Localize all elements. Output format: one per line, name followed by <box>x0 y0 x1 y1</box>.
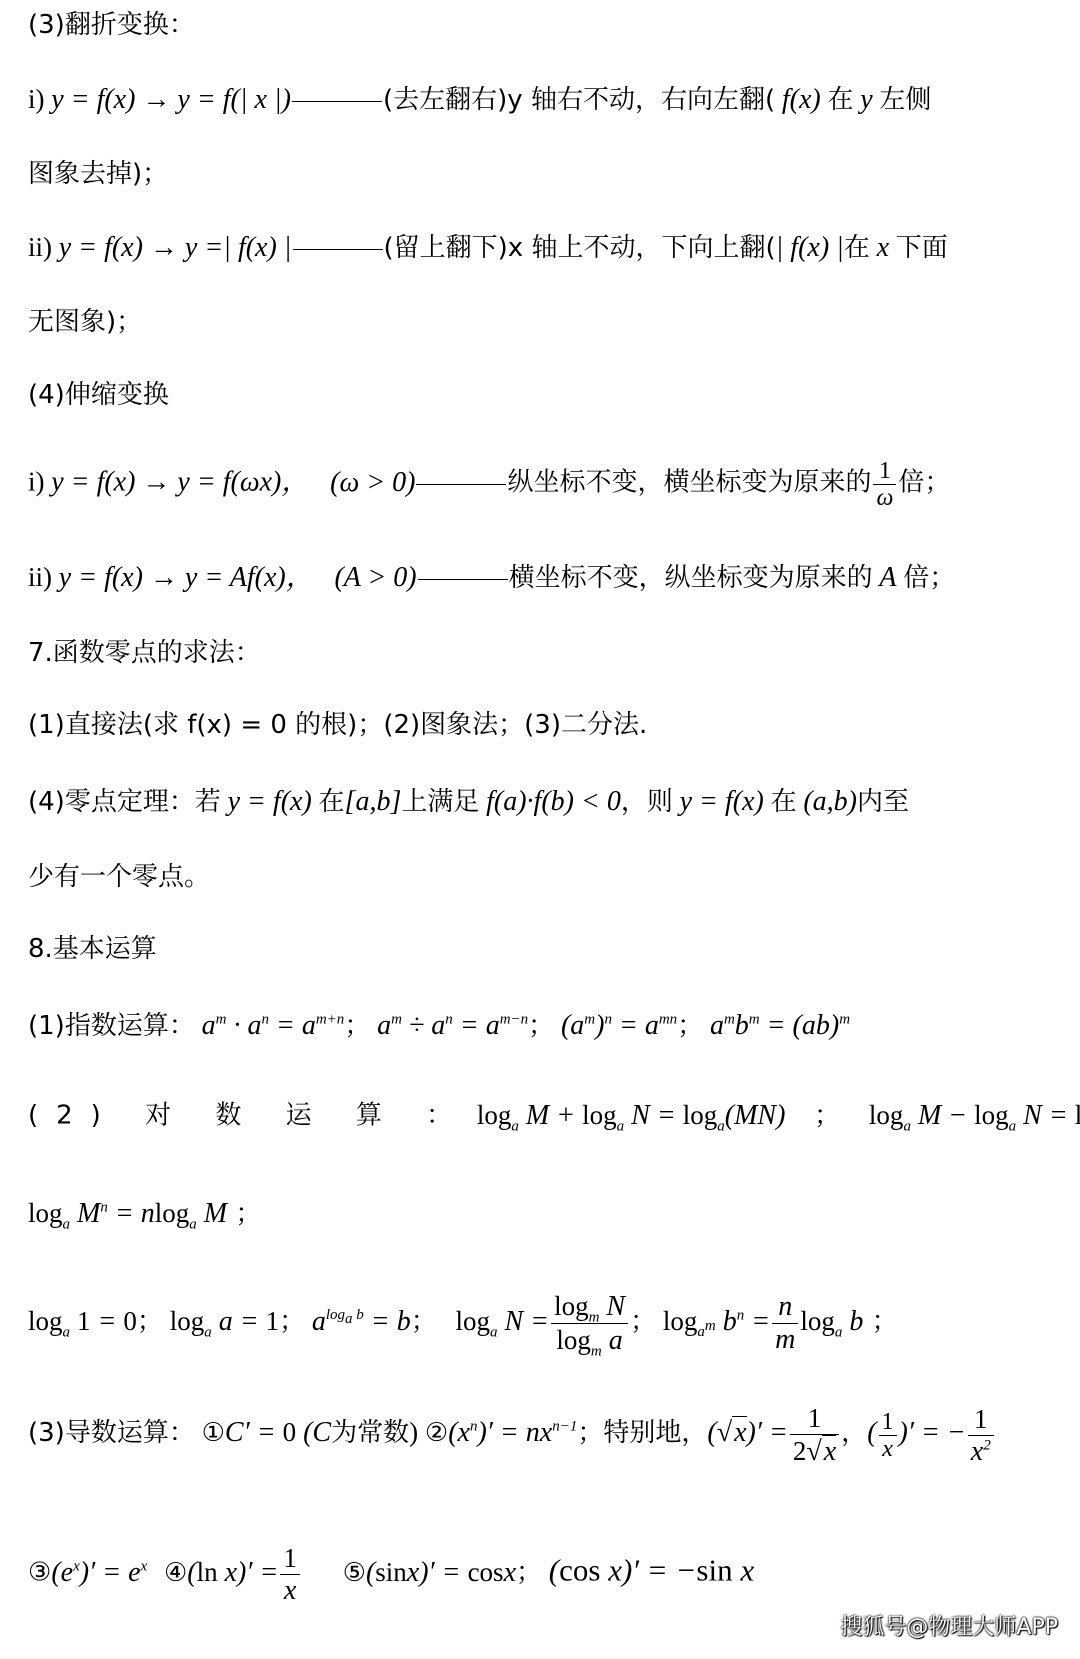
exp-label: (1)指数运算： <box>28 1011 195 1041</box>
log-rule-6: aloga b = b <box>312 1306 411 1337</box>
desc: 内至 <box>857 787 909 817</box>
numerator: 1 <box>876 458 894 484</box>
fraction-1-over-2sqrtx: 12√x <box>790 1402 839 1468</box>
log-rules-row-1: (2) 对 数 运 算 ： loga M + loga N = loga(MN)… <box>28 1085 1080 1150</box>
var: x <box>877 232 889 263</box>
fraction-n-over-m: nm <box>772 1291 798 1356</box>
deriv-rule-6: (cos x)′ = −sin x <box>549 1553 754 1588</box>
dash-rule <box>293 249 383 250</box>
denominator: ω <box>873 485 896 511</box>
desc: 为常数 <box>331 1418 409 1448</box>
deriv-rules-row-1: (3)导数运算： ①C′ = 0 (C为常数) ②(xn)′ = nxn−1；特… <box>28 1402 996 1468</box>
deriv-label: (3)导数运算： <box>28 1418 195 1448</box>
log-rule-1: loga M + loga N = loga(MN) <box>477 1100 786 1131</box>
fold-item-1: i) y = f(x) → y = f(| x |)(去左翻右)y 轴右不动，右… <box>28 82 931 117</box>
fraction-1-over-omega: 1ω <box>873 458 896 511</box>
formula: f(a)·f(b) < 0 <box>486 786 621 817</box>
scale-item-2: ii) y = f(x) → y = Af(x)， (A > 0)横坐标不变，纵… <box>28 560 955 595</box>
exp-rule-3: (am)n = amn <box>561 1010 677 1041</box>
desc: 在 <box>319 787 345 817</box>
fx: f(x) <box>782 84 821 115</box>
desc: 横坐标不变，纵坐标变为原来的 <box>509 563 873 593</box>
deriv-reciprocal: ( <box>867 1417 876 1448</box>
item-label: ii) <box>28 232 52 262</box>
circled-5: ⑤ <box>343 1558 366 1588</box>
deriv-rule-5: (sinx)′ = cosx <box>366 1557 516 1588</box>
var: y <box>860 84 872 115</box>
zero-theorem-cont: 少有一个零点。 <box>28 860 210 894</box>
item-label: i) <box>28 467 45 497</box>
log-rule-5: loga a = 1 <box>170 1306 279 1337</box>
var: A <box>879 562 896 593</box>
zero-methods: (1)直接法(求 f(x) = 0 的根)；(2)图象法；(3)二分法. <box>28 708 647 742</box>
desc: 在 <box>771 787 797 817</box>
formula: y = f(x) → y =| f(x) | <box>59 232 292 263</box>
dash-rule <box>416 484 506 485</box>
formula: y = f(x) <box>680 786 764 817</box>
ops-heading: 8.基本运算 <box>28 932 157 966</box>
scale-item-1: i) y = f(x) → y = f(ωx)， (ω > 0)纵坐标不变，横坐… <box>28 458 950 511</box>
watermark: 搜狐号@物理大师APP <box>840 1610 1058 1641</box>
fold-item-2: ii) y = f(x) → y =| f(x) |(留上翻下)x 轴上不动，下… <box>28 230 948 265</box>
circled-3: ③ <box>28 1558 51 1588</box>
formula: y = f(x) → y = f(ωx)， <box>51 467 309 498</box>
dash-rule <box>292 101 382 102</box>
formula: y = f(x) <box>228 786 312 817</box>
desc: 在 <box>827 85 853 115</box>
interval: (a,b) <box>803 786 857 817</box>
circled-1: ① <box>202 1418 225 1448</box>
formula: y = f(x) → y = f(| x |) <box>51 84 291 115</box>
deriv-rule-3: (ex)′ = ex <box>51 1557 147 1588</box>
exp-rule-4: ambm = (ab)m <box>710 1010 850 1041</box>
desc: 在 <box>844 233 870 263</box>
desc: 倍； <box>903 563 955 593</box>
log-rule-3: loga Mn = nloga M <box>28 1198 227 1229</box>
fraction-1-over-x-ln: 1x <box>280 1542 300 1607</box>
desc: 倍； <box>898 468 950 498</box>
log-rules-row-2: loga Mn = nloga M ； <box>28 1196 261 1231</box>
fraction-1-over-x2: 1x2 <box>968 1403 994 1468</box>
desc: 上满足 <box>401 787 479 817</box>
item-label: ii) <box>28 562 52 592</box>
exp-rule-1: am · an = am+n <box>202 1010 345 1041</box>
desc: (4)零点定理：若 <box>28 787 221 817</box>
condition: (ω > 0) <box>330 467 415 498</box>
log-rule-7: loga N = <box>455 1306 549 1337</box>
log-rules-row-3: loga 1 = 0； loga a = 1； aloga b = b； log… <box>28 1290 898 1357</box>
log-rule-4: loga 1 = 0 <box>28 1306 137 1337</box>
desc: 纵坐标不变，横坐标变为原来的 <box>507 468 871 498</box>
interval: [a,b] <box>345 786 402 817</box>
desc: (留上翻下)x 轴上不动，下向上翻( <box>384 233 776 263</box>
circled-2: ② <box>425 1418 448 1448</box>
deriv-rule-1: C′ = 0 (C <box>225 1417 331 1448</box>
exp-rules: (1)指数运算： am · an = am+n； am ÷ an = am−n；… <box>28 1008 850 1043</box>
fold-item-1-cont: 图象去掉)； <box>28 157 168 191</box>
deriv-sqrt: (√x)′ = <box>707 1416 787 1448</box>
zero-heading: 7.函数零点的求法： <box>28 636 261 670</box>
fold-item-2-cont: 无图象)； <box>28 305 142 339</box>
fraction-1-over-x: 1x <box>879 1409 897 1462</box>
fx: | f(x) | <box>776 232 844 263</box>
desc: 左侧 <box>879 85 931 115</box>
exp-rule-2: am ÷ an = am−n <box>377 1010 528 1041</box>
condition: (A > 0) <box>334 562 416 593</box>
item-label: i) <box>28 84 45 114</box>
log-label: (2) 对 数 运 算 ： <box>28 1101 470 1131</box>
fraction-change-of-base: logm Nlogm a <box>551 1290 628 1357</box>
scale-heading: (4)伸缩变换 <box>28 378 169 412</box>
deriv-rule-4: (ln x)′ = <box>187 1557 278 1588</box>
deriv-rule-2: (xn)′ = nxn−1 <box>448 1417 577 1448</box>
desc: 下面 <box>896 233 948 263</box>
circled-4: ④ <box>164 1558 187 1588</box>
deriv-rules-row-2: ③(ex)′ = ex ④(ln x)′ =1x ⑤(sinx)′ = cosx… <box>28 1542 754 1607</box>
log-rule-2: loga M − loga N = loga <box>869 1100 1080 1131</box>
log-rule-8: logam bn = <box>663 1306 770 1337</box>
desc: (去左翻右)y 轴右不动，右向左翻( <box>383 85 775 115</box>
zero-theorem: (4)零点定理：若 y = f(x) 在[a,b]上满足 f(a)·f(b) <… <box>28 784 909 819</box>
desc: ；特别地， <box>577 1418 707 1448</box>
formula: y = f(x) → y = Af(x)， <box>59 562 314 593</box>
desc: ，则 <box>621 787 673 817</box>
dash-rule <box>418 579 508 580</box>
fold-heading: (3)翻折变换： <box>28 8 195 42</box>
